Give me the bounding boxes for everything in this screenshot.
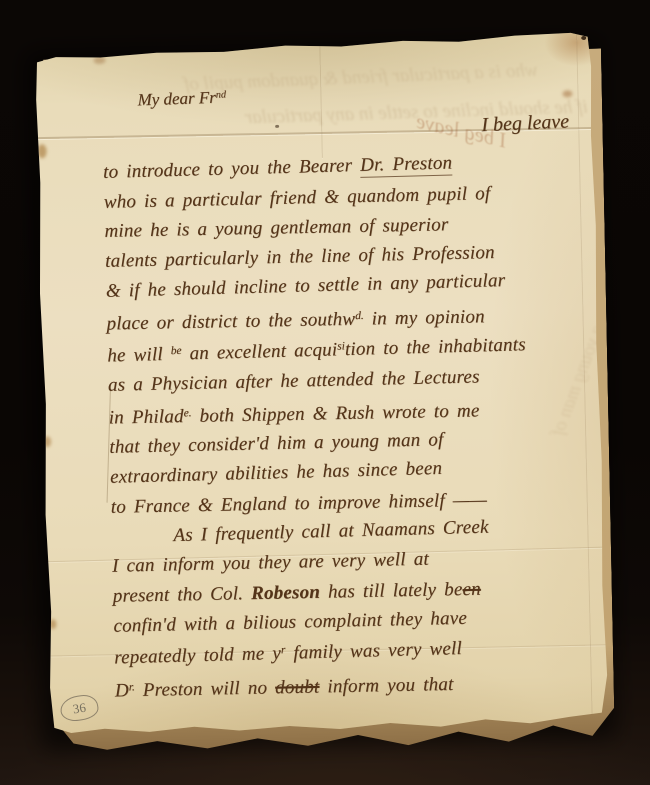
ink-speck: [581, 36, 586, 40]
text-segment: e.: [184, 407, 192, 419]
text-segment: in my opinion: [364, 306, 485, 329]
text-segment: D: [115, 680, 129, 701]
pencil-annotation-number: 36: [72, 699, 87, 717]
text-segment: present tho Col.: [113, 583, 252, 607]
letter-paper: who is a particular friend & quandom pup…: [33, 32, 609, 737]
letter-text: My dear Frnd I beg leave to introduce to…: [101, 78, 598, 706]
text-segment: mine he is a young gentleman of superior: [104, 215, 448, 243]
text-segment: I beg leave: [481, 110, 570, 136]
text-segment: My dear Fr: [137, 88, 216, 110]
text-segment: Preston will no: [135, 677, 276, 701]
text-segment: inform you that: [319, 674, 454, 698]
pencil-annotation: 36: [59, 693, 100, 723]
text-segment: in Philad: [109, 406, 184, 428]
text-segment: that they consider'd him a young man of: [109, 430, 444, 459]
text-segment: en: [462, 579, 481, 600]
text-segment: tion to the inhabitants: [345, 334, 526, 360]
text-segment: an excellent acqui: [181, 339, 337, 364]
photo-backdrop: who is a particular friend & quandom pup…: [0, 0, 650, 785]
text-segment: doubt: [275, 676, 320, 698]
text-segment: & if he should incline to settle in any …: [106, 270, 506, 302]
text-segment: be: [171, 345, 182, 357]
text-segment: nd: [216, 89, 227, 100]
text-segment: I can inform you they are very well at: [112, 549, 429, 577]
text-segment: he will: [107, 344, 171, 367]
text-segment: extraordinary abilities he has since bee…: [110, 458, 443, 488]
text-segment: Dr. Preston: [360, 152, 453, 177]
text-segment: has till lately be: [320, 579, 463, 603]
text-segment: to introduce to you the Bearer: [103, 155, 361, 183]
text-segment: as a Physician after he attended the Lec…: [108, 367, 480, 396]
letter-salutation: My dear Frnd: [137, 76, 584, 111]
text-segment: place or district to the southw: [106, 308, 355, 334]
text-segment: family was very well: [285, 638, 462, 664]
text-segment: both Shippen & Rush wrote to me: [191, 400, 479, 427]
text-segment: repeatedly told me y: [114, 643, 281, 669]
letter-body: to introduce to you the Bearer Dr. Prest…: [103, 147, 598, 706]
text-segment: As I frequently call at Naamans Creek: [173, 516, 489, 546]
foxing-spot: [94, 57, 106, 64]
text-segment: Robeson: [251, 582, 320, 604]
text-segment: who is a particular friend & quandom pup…: [104, 183, 491, 213]
